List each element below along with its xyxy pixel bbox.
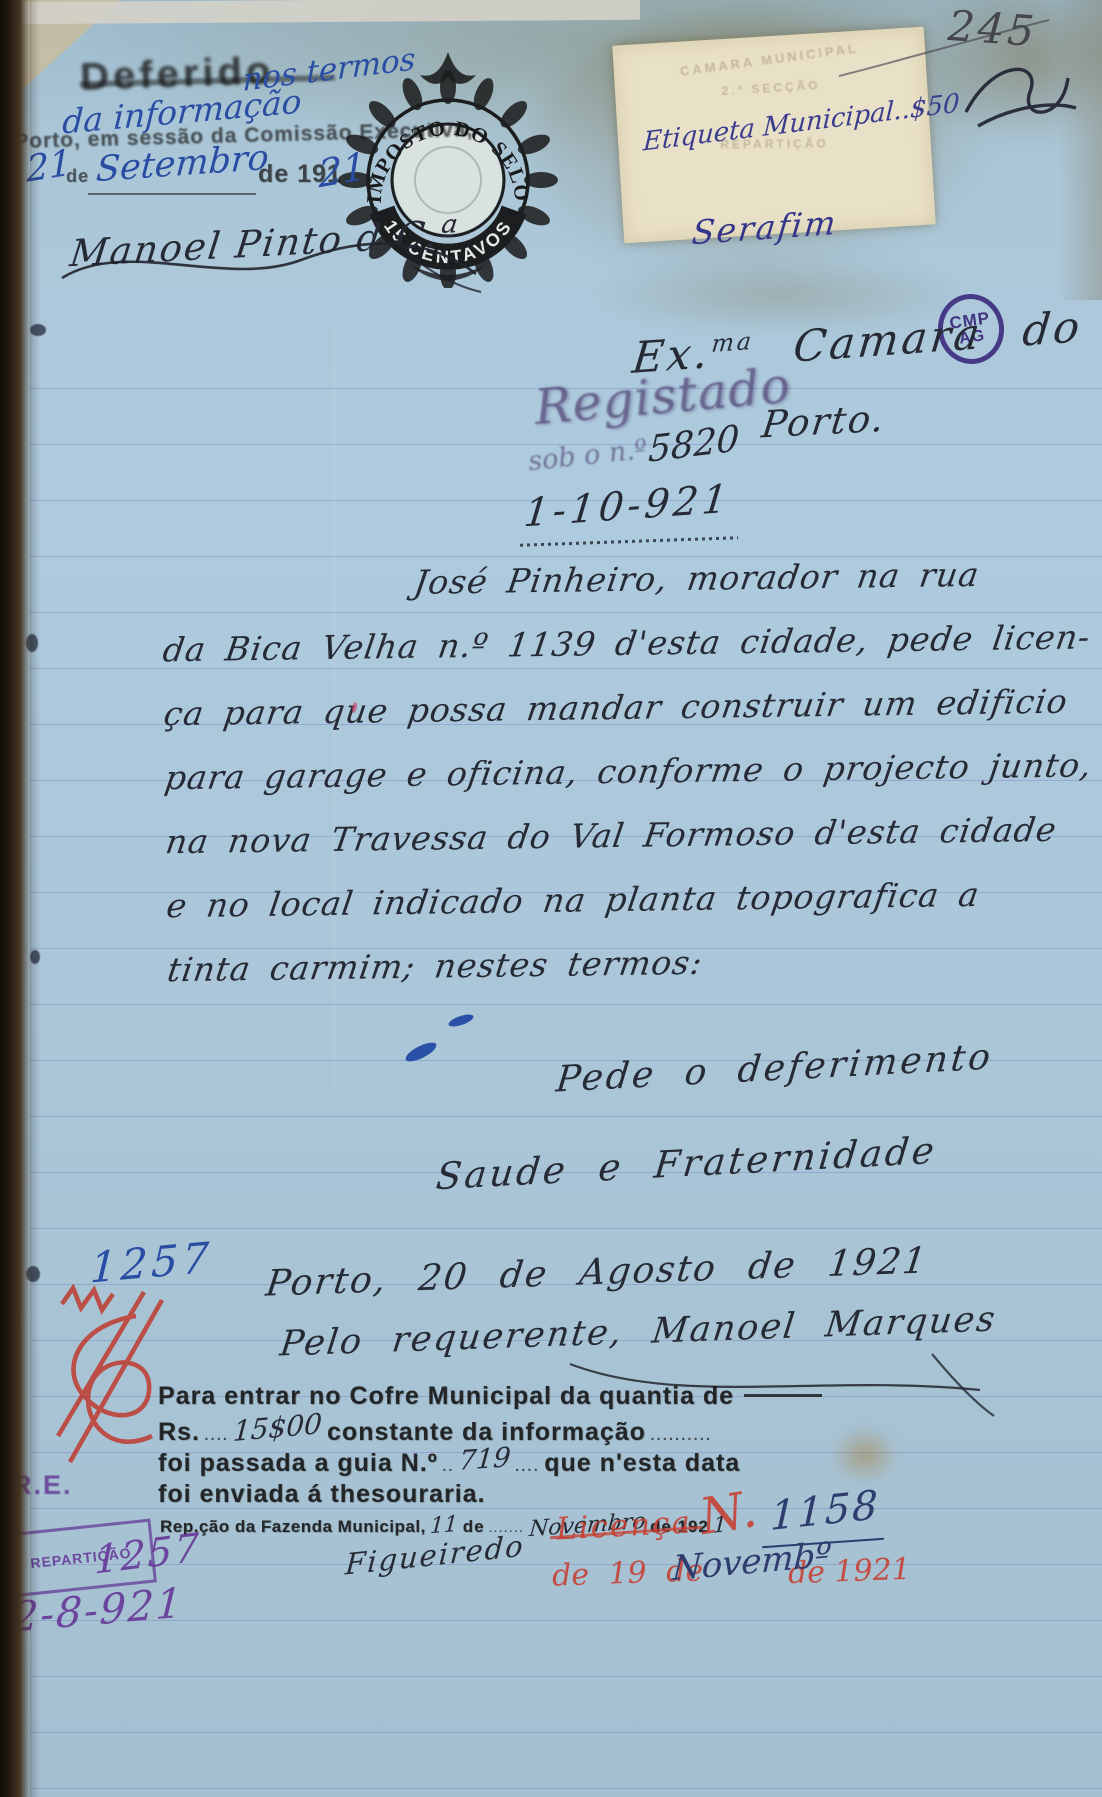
treasury-line3-text-a: foi passada a guia N.º: [158, 1449, 438, 1477]
leader-dots: ....: [204, 1427, 229, 1444]
approval-signature-flourish: [56, 230, 486, 300]
approval-fill-line: [88, 193, 256, 195]
addressee-city: Porto.: [759, 397, 888, 447]
treasury-line1: Para entrar no Cofre Municipal da quanti…: [158, 1382, 822, 1411]
treasury-amount: 15$00: [232, 1407, 323, 1448]
right-edge-stain: [1058, 0, 1102, 300]
treasury-line1-text: Para entrar no Cofre Municipal da quanti…: [158, 1382, 734, 1410]
ink-dash: [744, 1394, 822, 1397]
treasury-line3-text-b: que n'esta data: [544, 1449, 740, 1477]
treasury-line2-text: constante da informação: [327, 1418, 646, 1446]
treasury-line4: foi enviada á thesouraria.: [158, 1480, 486, 1509]
petition-body: José Pinheiro, morador na rua da Bica Ve…: [162, 542, 1068, 1003]
approval-year-digits: 21: [318, 144, 367, 197]
document-page: Deferido nos termos da informação Porto,…: [0, 0, 1102, 1797]
leader-dots: ..........: [650, 1427, 712, 1444]
binding-shadow: [30, 0, 40, 1797]
book-binding: [0, 0, 32, 1797]
addressee-rest: Camara do: [791, 302, 1085, 373]
addressee-line: Ex.ma Camara do: [630, 302, 1085, 384]
addressee-ex: Ex.: [630, 328, 713, 384]
treasury-line2: Rs. .... 15$00 constante da informação .…: [158, 1414, 712, 1447]
treasury-guia-number: 719: [458, 1442, 512, 1477]
treasury-line3: foi passada a guia N.º .. 719 .... que n…: [158, 1447, 740, 1478]
leader-dots: ....: [515, 1458, 540, 1475]
licenca-label: Licença: [555, 1504, 693, 1547]
petition-line: tinta carmim; nestes termos:: [163, 926, 1072, 1003]
top-sheet-edge: [0, 0, 640, 24]
licenca-n: N.: [696, 1480, 761, 1546]
addressee-sup: ma: [710, 327, 755, 358]
red-rubric: [40, 1284, 180, 1479]
corner-rubric: [958, 46, 1088, 132]
leader-dots: ..: [442, 1458, 454, 1475]
